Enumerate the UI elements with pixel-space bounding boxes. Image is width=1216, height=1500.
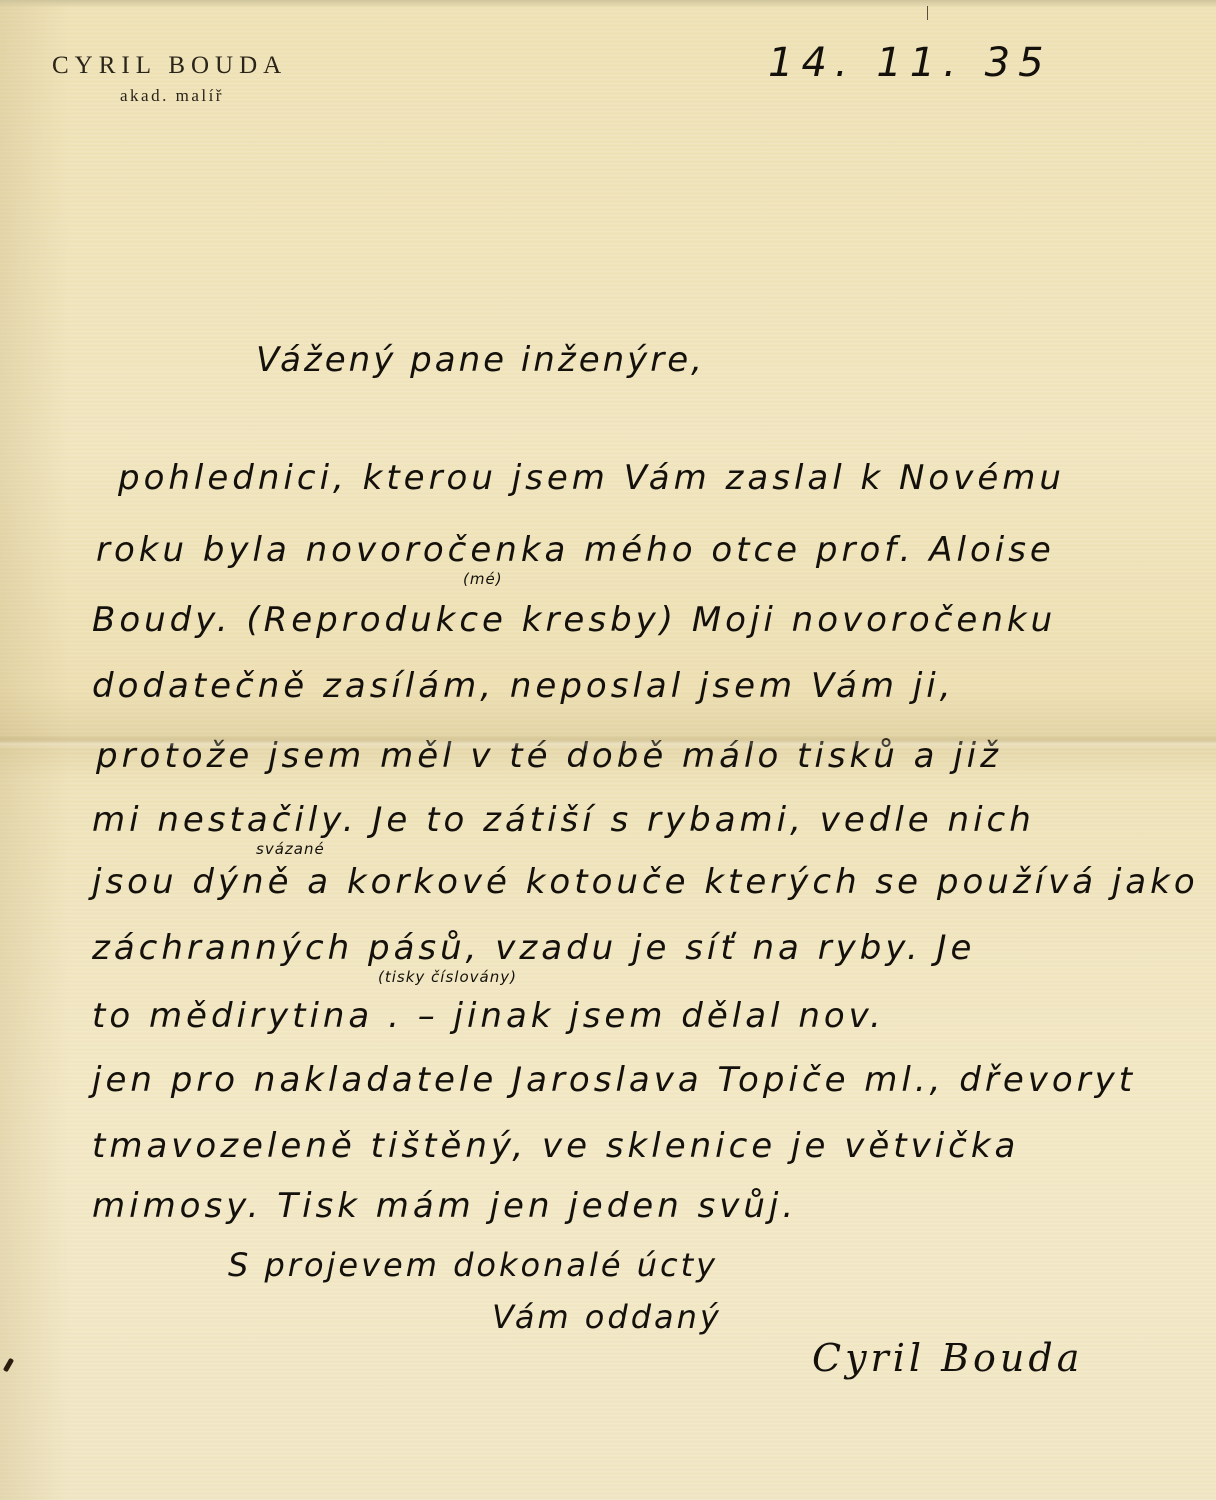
letterhead-title: akad. malíř <box>120 86 224 106</box>
closing-line-1: S projevem dokonalé úcty <box>228 1246 718 1284</box>
insertion-me: (mé) <box>463 570 503 588</box>
insertion-svazane: svázané <box>256 840 325 858</box>
paper-mark <box>927 6 928 20</box>
body-line: jen pro nakladatele Jaroslava Topiče ml.… <box>92 1060 1136 1100</box>
body-line: Boudy. (Reprodukce kresby) Moji novoroče… <box>92 600 1056 640</box>
body-line: mi nestačily. Je to zátiší s rybami, ved… <box>92 800 1035 840</box>
ink-mark <box>3 1358 14 1373</box>
closing-line-2: Vám oddaný <box>492 1298 722 1336</box>
letterhead-name: CYRIL BOUDA <box>52 52 287 80</box>
insertion-tisky-cislovany: (tisky číslovány) <box>378 968 517 986</box>
body-line: jsou dýně a korkové kotouče kterých se p… <box>92 862 1199 902</box>
body-line: záchranných pásů, vzadu je síť na ryby. … <box>92 928 975 968</box>
body-line: tmavozeleně tištěný, ve sklenice je větv… <box>92 1126 1019 1166</box>
body-line: mimosy. Tisk mám jen jeden svůj. <box>92 1186 797 1226</box>
signature: Cyril Bouda <box>812 1336 1083 1380</box>
body-line: protože jsem měl v té době málo tisků a … <box>96 736 1002 776</box>
body-line: pohlednici, kterou jsem Vám zaslal k Nov… <box>118 458 1065 498</box>
salutation: Vážený pane inženýre, <box>256 340 705 380</box>
letter-page: CYRIL BOUDA akad. malíř 14. 11. 35 Vážen… <box>0 0 1216 1500</box>
paper-top-edge <box>0 0 1216 8</box>
body-line: to mědirytina . – jinak jsem dělal nov. <box>92 996 885 1036</box>
body-line: dodatečně zasílám, neposlal jsem Vám ji, <box>92 666 955 706</box>
body-line: roku byla novoročenka mého otce prof. Al… <box>96 530 1055 570</box>
letter-date: 14. 11. 35 <box>768 40 1052 86</box>
